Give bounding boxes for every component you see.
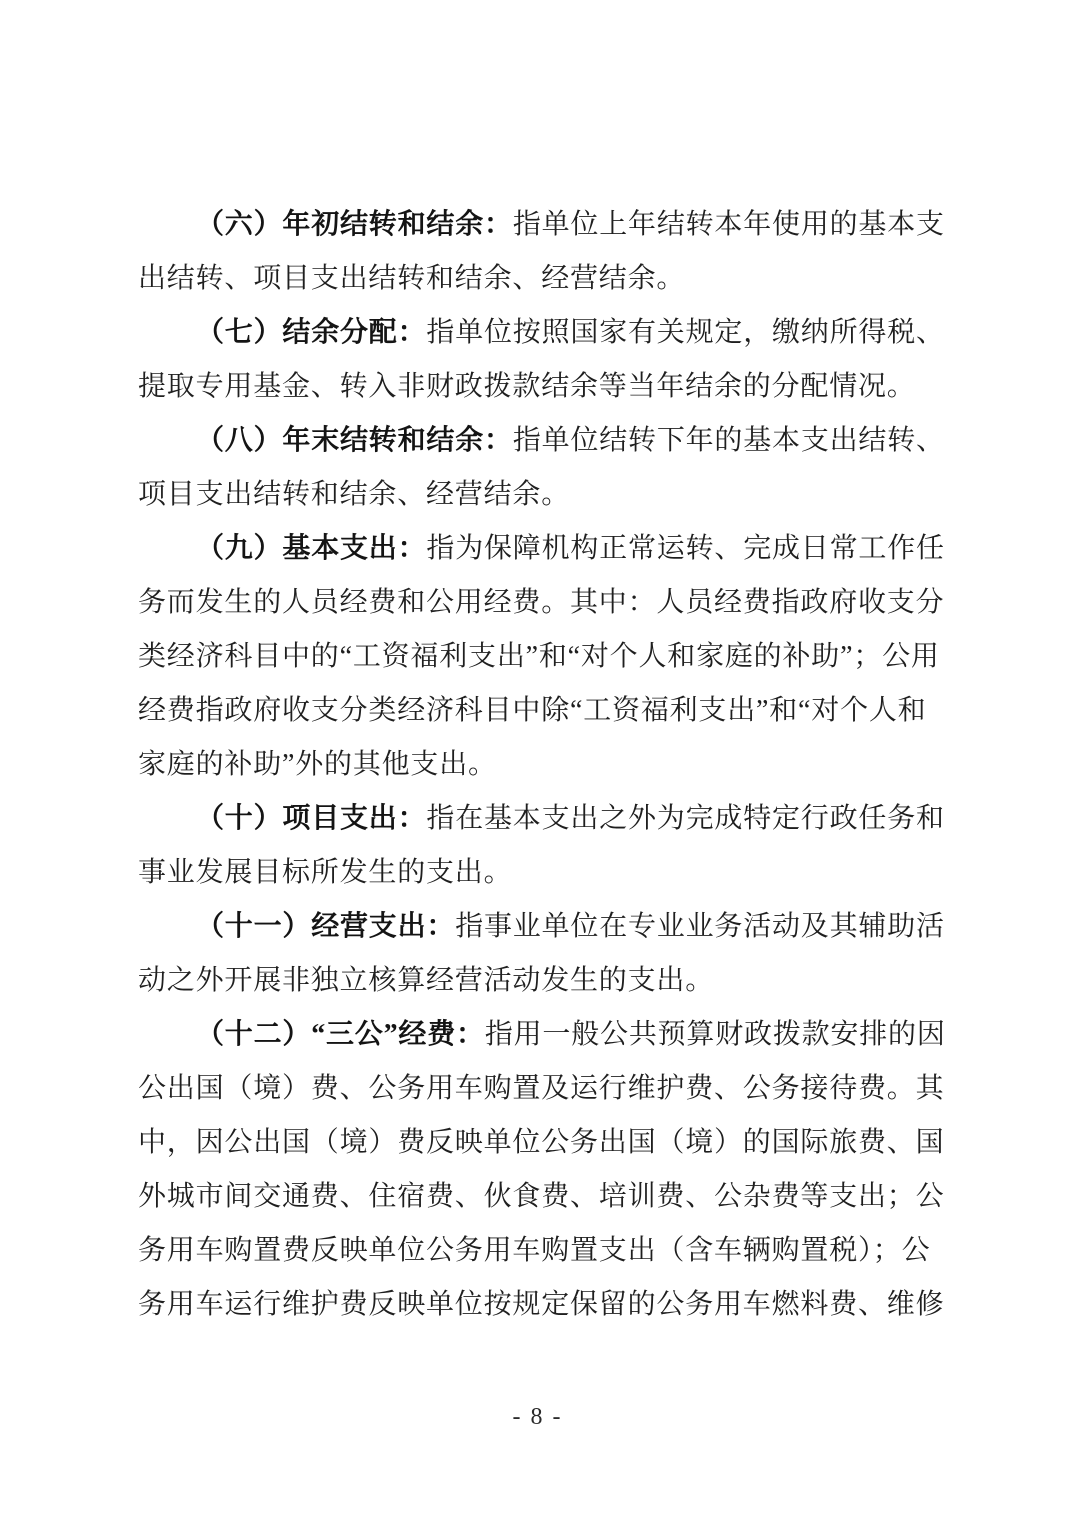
body-line: 务用车购置费反映单位公务用车购置支出（含车辆购置税）；公 <box>138 1224 938 1278</box>
body-line: （十二）“三公”经费：指用一般公共预算财政拨款安排的因 <box>138 1008 938 1062</box>
body-line: 家庭的补助”外的其他支出。 <box>138 738 938 792</box>
clause-heading: （九）基本支出： <box>196 533 426 564</box>
body-line: 类经济科目中的“工资福利支出”和“对个人和家庭的补助”；公用 <box>138 630 938 684</box>
body-line: （九）基本支出：指为保障机构正常运转、完成日常工作任 <box>138 522 938 576</box>
body-line: 提取专用基金、转入非财政拨款结余等当年结余的分配情况。 <box>138 360 938 414</box>
body-line: （六）年初结转和结余：指单位上年结转本年使用的基本支 <box>138 198 938 252</box>
clause-heading: （十）项目支出： <box>196 803 426 834</box>
body-line: 事业发展目标所发生的支出。 <box>138 846 938 900</box>
clause-heading: （六）年初结转和结余： <box>196 209 513 240</box>
body-line: 动之外开展非独立核算经营活动发生的支出。 <box>138 954 938 1008</box>
body-line: 项目支出结转和结余、经营结余。 <box>138 468 938 522</box>
body-line: 出结转、项目支出结转和结余、经营结余。 <box>138 252 938 306</box>
body-line: （十一）经营支出：指事业单位在专业业务活动及其辅助活 <box>138 900 938 954</box>
body-line: 经费指政府收支分类经济科目中除“工资福利支出”和“对个人和 <box>138 684 938 738</box>
body-line: 公出国（境）费、公务用车购置及运行维护费、公务接待费。其 <box>138 1062 938 1116</box>
body-line: （十）项目支出：指在基本支出之外为完成特定行政任务和 <box>138 792 938 846</box>
body-line: 外城市间交通费、住宿费、伙食费、培训费、公杂费等支出；公 <box>138 1170 938 1224</box>
document-page: （六）年初结转和结余：指单位上年结转本年使用的基本支出结转、项目支出结转和结余、… <box>0 0 1075 1520</box>
document-body: （六）年初结转和结余：指单位上年结转本年使用的基本支出结转、项目支出结转和结余、… <box>138 198 938 1332</box>
clause-heading: （七）结余分配： <box>196 317 426 348</box>
clause-heading: （八）年末结转和结余： <box>196 425 513 456</box>
clause-heading: （十二）“三公”经费： <box>196 1019 485 1050</box>
clause-heading: （十一）经营支出： <box>196 911 455 942</box>
body-line: 务而发生的人员经费和公用经费。其中：人员经费指政府收支分 <box>138 576 938 630</box>
body-line: （七）结余分配：指单位按照国家有关规定，缴纳所得税、 <box>138 306 938 360</box>
body-line: 中，因公出国（境）费反映单位公务出国（境）的国际旅费、国 <box>138 1116 938 1170</box>
body-line: 务用车运行维护费反映单位按规定保留的公务用车燃料费、维修 <box>138 1278 938 1332</box>
body-line: （八）年末结转和结余：指单位结转下年的基本支出结转、 <box>138 414 938 468</box>
page-number: - 8 - <box>0 1400 1075 1434</box>
